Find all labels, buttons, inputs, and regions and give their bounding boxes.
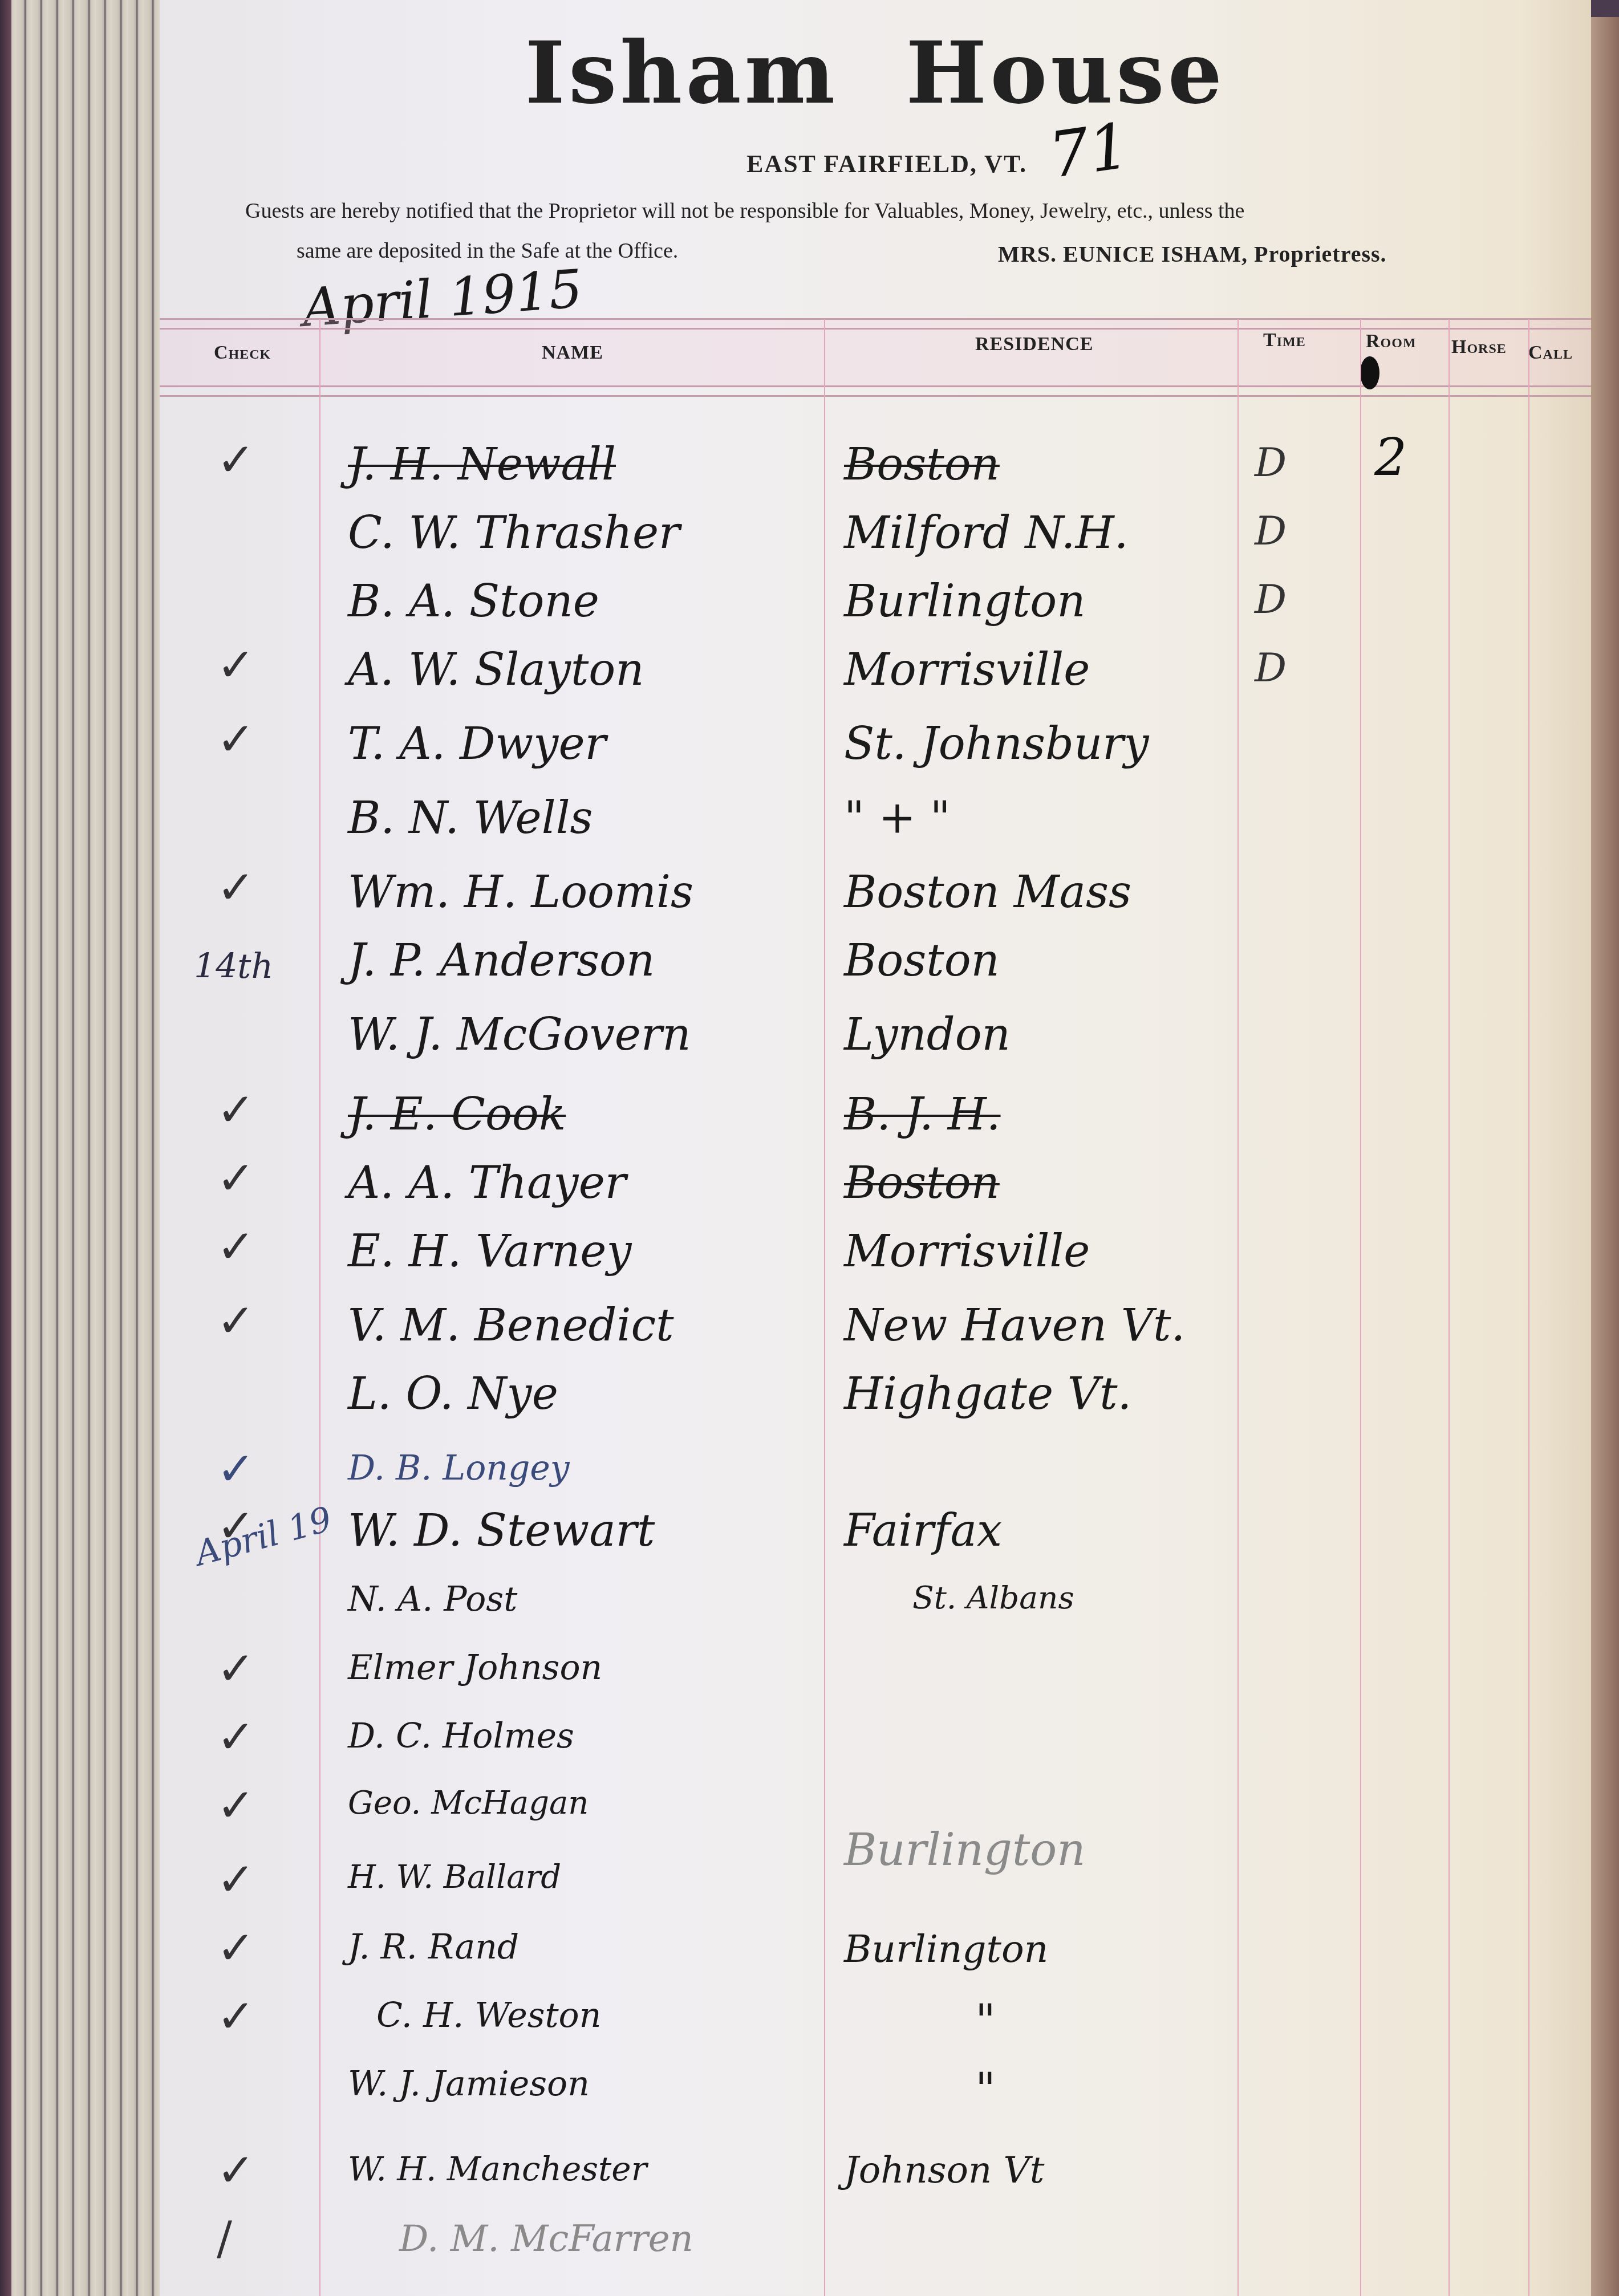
guest-name: C. W. Thrasher — [348, 507, 680, 559]
guest-residence: Boston Mass — [844, 867, 1131, 918]
check-mark: ✓ — [217, 2144, 255, 2197]
guest-name: C. H. Weston — [376, 1996, 601, 2035]
register-row: N. A. Post St. Albans — [160, 1568, 1591, 1637]
book-page-edges — [0, 0, 161, 2296]
check-mark: ✓ — [217, 1499, 255, 1553]
register-row: L. O. Nye Highgate Vt. — [160, 1357, 1591, 1427]
register-row: ✓ T. A. Dwyer St. Johnsbury — [160, 707, 1591, 777]
notice-line-1: Guests are hereby notified that the Prop… — [245, 191, 1534, 231]
guest-residence: " — [975, 1996, 996, 2047]
guest-residence: Lyndon — [844, 1009, 1011, 1060]
guest-name: D. M. McFarren — [399, 2218, 693, 2260]
room-number: 2 — [1374, 428, 1407, 487]
check-mark: ✓ — [217, 639, 255, 692]
time-mark: D — [1255, 507, 1287, 554]
register-row: ✓ W. H. Manchester Johnson Vt — [160, 2138, 1591, 2208]
guest-name: A. W. Slayton — [348, 644, 644, 696]
hotel-title: Isham House — [160, 23, 1591, 123]
guest-name: V. M. Benedict — [348, 1300, 674, 1351]
guest-name: E. H. Varney — [348, 1226, 632, 1277]
check-mark: ✓ — [217, 1083, 255, 1136]
check-mark: ✓ — [217, 1642, 255, 1695]
check-mark: ✓ — [217, 861, 255, 914]
check-mark: ✓ — [217, 1779, 255, 1832]
check-mark: ✓ — [217, 1220, 255, 1273]
guest-name: A. A. Thayer — [348, 1157, 626, 1209]
time-mark: D — [1255, 576, 1287, 623]
check-mark: ✓ — [217, 1853, 255, 1906]
guest-residence: St. Johnsbury — [844, 718, 1149, 770]
guest-name: N. A. Post — [348, 1579, 517, 1619]
guest-name: B. N. Wells — [348, 793, 593, 844]
register-page: Isham House 71 EAST FAIRFIELD, VT. Guest… — [160, 0, 1591, 2296]
guest-name: D. B. Longey — [348, 1448, 570, 1488]
guest-residence: Johnson Vt — [844, 2149, 1045, 2192]
check-mark: ✓ — [217, 1710, 255, 1763]
column-header-check: Check — [214, 342, 271, 364]
guest-residence: Boston — [844, 439, 1000, 490]
guest-name: B. A. Stone — [348, 576, 599, 627]
guest-name: J. E. Cook — [348, 1089, 566, 1140]
register-row: ✓ H. W. Ballard Burlington — [160, 1847, 1591, 1917]
ink-blot — [1360, 356, 1379, 389]
guest-residence: Morrisville — [844, 1226, 1090, 1277]
check-mark: ✓ — [217, 1294, 255, 1347]
hotel-location: EAST FAIRFIELD, VT. — [160, 149, 1591, 178]
guest-name: H. W. Ballard — [348, 1859, 561, 1896]
check-mark: / — [217, 2212, 232, 2265]
guest-residence: Burlington — [844, 1927, 1048, 1971]
page-right-edge — [1591, 17, 1619, 2296]
register-row: ✓ E. H. Varney Morrisville — [160, 1214, 1591, 1284]
guest-residence: " + " — [844, 793, 951, 844]
register-row: B. N. Wells " + " — [160, 781, 1591, 851]
column-header-room: Room — [1366, 331, 1417, 352]
guest-name: J. H. Newall — [348, 439, 616, 490]
guest-name: D. C. Holmes — [348, 1716, 574, 1756]
check-mark: ✓ — [217, 1921, 255, 1974]
guest-name: Geo. McHagan — [348, 1785, 589, 1822]
register-row: ✓ W. D. Stewart Fairfax — [160, 1494, 1591, 1563]
register-row: ✓ Wm. H. Loomis Boston Mass — [160, 855, 1591, 925]
guest-residence: Highgate Vt. — [844, 1368, 1131, 1420]
guest-residence: " — [975, 2064, 996, 2115]
guest-name: J. R. Rand — [348, 1927, 519, 1967]
guest-residence: Boston — [844, 1157, 1000, 1209]
register-row: ✓ V. M. Benedict New Haven Vt. — [160, 1289, 1591, 1358]
check-mark: ✓ — [217, 1990, 255, 2043]
register-row: W. J. Jamieson " — [160, 2053, 1591, 2122]
proprietor-name: MRS. EUNICE ISHAM, Proprietress. — [998, 241, 1387, 267]
header-top-rule — [160, 318, 1591, 330]
register-row: ✓ Elmer Johnson — [160, 1636, 1591, 1706]
check-mark: ✓ — [217, 433, 255, 486]
check-mark: ✓ — [217, 1442, 255, 1496]
guest-residence: Fairfax — [844, 1505, 1002, 1557]
register-row: / D. M. McFarren — [160, 2206, 1591, 2276]
guest-residence: New Haven Vt. — [844, 1300, 1185, 1351]
guest-name: L. O. Nye — [348, 1368, 558, 1420]
register-row: ✓ C. H. Weston " — [160, 1984, 1591, 2054]
column-header-horse: Horse — [1451, 336, 1507, 358]
register-row: ✓ J. R. Rand Burlington — [160, 1916, 1591, 1985]
register-row: ✓ D. C. Holmes — [160, 1705, 1591, 1774]
column-header-call: Call — [1528, 342, 1573, 364]
guest-residence: St. Albans — [912, 1579, 1074, 1616]
guest-name: W. J. Jamieson — [348, 2064, 590, 2104]
guest-residence: Boston — [844, 935, 1000, 986]
guest-name: Elmer Johnson — [348, 1648, 602, 1688]
column-header-name: NAME — [542, 342, 603, 364]
register-row: ✓ A. A. Thayer Boston — [160, 1146, 1591, 1216]
guest-name: T. A. Dwyer — [348, 718, 606, 770]
guest-name: W. J. McGovern — [348, 1009, 691, 1060]
check-mark: ✓ — [217, 1152, 255, 1205]
register-row: ✓ J. H. Newall Boston D 2 — [160, 428, 1591, 497]
register-row: J. P. Anderson Boston — [160, 924, 1591, 993]
guest-name: J. P. Anderson — [348, 935, 655, 986]
register-row: ✓ A. W. Slayton Morrisville D — [160, 633, 1591, 702]
register-row: ✓ J. E. Cook B. J. H. — [160, 1078, 1591, 1147]
time-mark: D — [1255, 439, 1287, 486]
guest-name: W. D. Stewart — [348, 1505, 655, 1557]
register-row: W. J. McGovern Lyndon — [160, 998, 1591, 1067]
guest-name: W. H. Manchester — [348, 2149, 647, 2188]
guest-name: Wm. H. Loomis — [348, 867, 693, 918]
header-bottom-rule — [160, 385, 1591, 397]
guest-residence: Morrisville — [844, 644, 1090, 696]
register-row: C. W. Thrasher Milford N.H. D — [160, 496, 1591, 566]
register-row: B. A. Stone Burlington D — [160, 564, 1591, 634]
column-header-residence: RESIDENCE — [975, 334, 1093, 355]
guest-residence: Burlington — [844, 576, 1085, 627]
time-mark: D — [1255, 644, 1287, 691]
guest-residence: Burlington — [844, 1824, 1085, 1876]
guest-residence: B. J. H. — [844, 1089, 1001, 1140]
guest-residence: Milford N.H. — [844, 507, 1128, 559]
column-header-time: Time — [1263, 330, 1306, 351]
check-mark: ✓ — [217, 713, 255, 766]
